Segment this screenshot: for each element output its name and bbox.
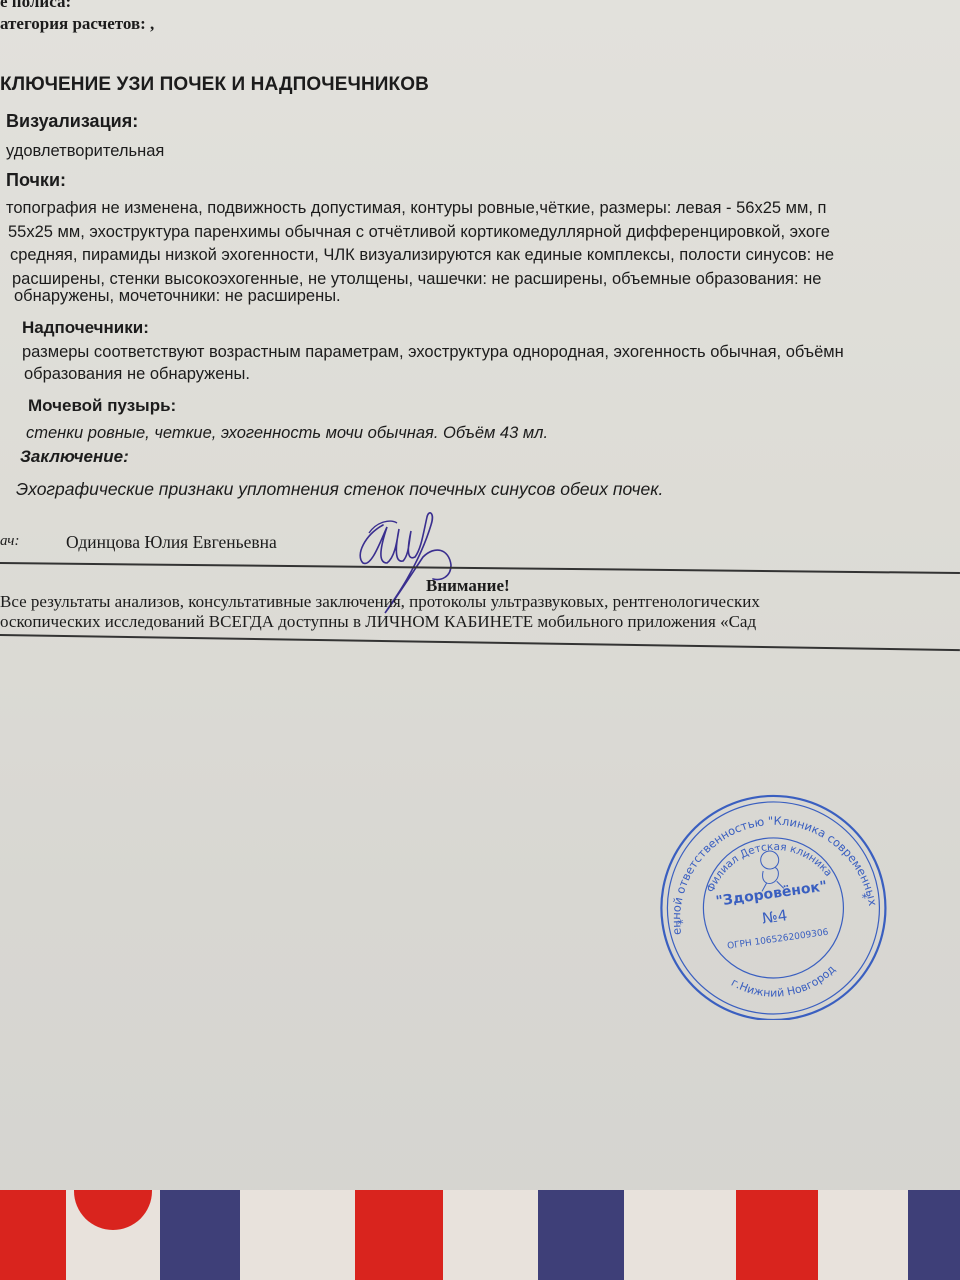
- report-title: КЛЮЧЕНИЕ УЗИ ПОЧЕК И НАДПОЧЕЧНИКОВ: [0, 74, 429, 96]
- clinic-stamp-icon: Общество с ограниченной ответственностью…: [648, 790, 898, 1020]
- adrenals-line-1: размеры соответствуют возрастным парамет…: [22, 340, 844, 364]
- kidneys-line-2: 55х25 мм, эхоструктура паренхимы обычная…: [8, 220, 830, 244]
- svg-text:ОГРН 1065262009306: ОГРН 1065262009306: [727, 928, 830, 952]
- doctor-name: Одинцова Юлия Евгеньевна: [66, 532, 277, 553]
- section-heading-bladder: Мочевой пузырь:: [28, 396, 176, 416]
- divider-top: [0, 562, 960, 574]
- section-heading-visualization: Визуализация:: [6, 111, 138, 132]
- svg-text:*: *: [677, 917, 685, 932]
- conclusion-text: Эхографические признаки уплотнения стено…: [16, 477, 663, 501]
- divider-bottom: [0, 634, 960, 651]
- notice-line-1: Все результаты анализов, консультативные…: [0, 592, 760, 612]
- section-heading-conclusion: Заключение:: [20, 447, 129, 467]
- section-heading-adrenals: Надпочечники:: [22, 318, 149, 338]
- doctor-role-label: ач:: [0, 533, 19, 550]
- svg-text:№4: №4: [761, 906, 788, 927]
- kidneys-line-5: обнаружены, мочеточники: не расширены.: [14, 284, 341, 308]
- adrenals-line-2: образования не обнаружены.: [24, 362, 250, 386]
- notice-line-2: оскопических исследований ВСЕГДА доступн…: [0, 612, 756, 632]
- bladder-text: стенки ровные, четкие, эхогенность мочи …: [26, 421, 548, 445]
- section-heading-kidneys: Почки:: [6, 170, 66, 191]
- document-page: е полиса: атегория расчетов: , КЛЮЧЕНИЕ …: [0, 0, 960, 1280]
- striped-fabric-background: [0, 1190, 960, 1280]
- section-text-visualization: удовлетворительная: [6, 139, 164, 163]
- svg-text:г.Нижний Новгород: г.Нижний Новгород: [727, 961, 841, 1006]
- policy-label: е полиса:: [0, 0, 71, 12]
- kidneys-line-3: средняя, пирамиды низкой эхогенности, ЧЛ…: [10, 243, 834, 267]
- payment-category-label: атегория расчетов: ,: [0, 14, 154, 34]
- kidneys-line-1: топография не изменена, подвижность допу…: [6, 196, 826, 220]
